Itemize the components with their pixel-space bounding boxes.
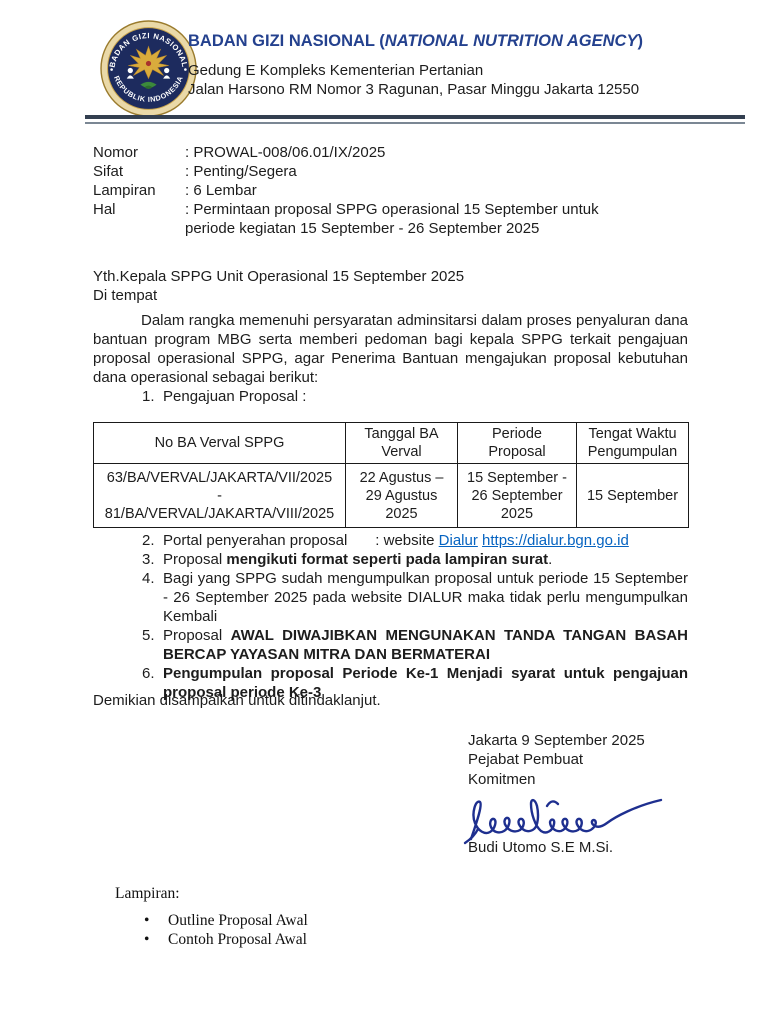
recipient-block: Yth.Kepala SPPG Unit Operasional 15 Sept… xyxy=(93,267,693,305)
opening-paragraph: Dalam rangka memenuhi persyaratan admins… xyxy=(93,311,688,387)
letter-meta-block: Nomor : PROWAL-008/06.01/IX/2025 Sifat :… xyxy=(93,143,693,238)
portal-colon-text: : website xyxy=(375,532,434,549)
table-header-no-ba: No BA Verval SPPG xyxy=(94,423,346,464)
closing-title-line2: Komitmen xyxy=(468,770,698,789)
item3-suffix: . xyxy=(548,551,552,568)
bullet-icon: • xyxy=(142,912,168,930)
list-item-3: 3. Proposal mengikuti format seperti pad… xyxy=(142,550,688,569)
recipient-line1: Yth.Kepala SPPG Unit Operasional 15 Sept… xyxy=(93,267,693,286)
list-text-3: Proposal mengikuti format seperti pada l… xyxy=(163,550,688,569)
closing-title-line1: Pejabat Pembuat xyxy=(468,750,698,769)
table-header-periode: Periode Proposal xyxy=(458,423,577,464)
dialur-url-link[interactable]: https://dialur.bgn.go.id xyxy=(482,532,629,549)
item3-bold: mengikuti format seperti pada lampiran s… xyxy=(226,551,548,568)
table-row: 63/BA/VERVAL/JAKARTA/VII/2025 - 81/BA/VE… xyxy=(94,464,689,528)
meta-row-lampiran: Lampiran : 6 Lembar xyxy=(93,181,693,200)
numbered-list: 2. Portal penyerahan proposal: website D… xyxy=(142,531,688,702)
meta-row-hal: Hal : Permintaan proposal SPPG operasion… xyxy=(93,200,693,238)
meta-value-lampiran: : 6 Lembar xyxy=(185,181,693,200)
list-number-5: 5. xyxy=(142,626,163,664)
list-item-4: 4. Bagi yang SPPG sudah mengumpulkan pro… xyxy=(142,569,688,626)
attachment-label-2: Contoh Proposal Awal xyxy=(168,931,307,949)
table-header-tanggal: Tanggal BA Verval xyxy=(346,423,458,464)
cell-periode: 15 September - 26 September 2025 xyxy=(458,464,577,528)
meta-value-nomor: : PROWAL-008/06.01/IX/2025 xyxy=(185,143,693,162)
attachment-item-1: • Outline Proposal Awal xyxy=(142,912,462,930)
document-page: BADAN GIZI NASIONAL REPUBLIK INDONESIA B… xyxy=(0,0,768,1024)
recipient-line2: Di tempat xyxy=(93,286,693,305)
list-number-3: 3. xyxy=(142,550,163,569)
agency-name-close: ) xyxy=(637,32,643,50)
attachment-item-2: • Contoh Proposal Awal xyxy=(142,931,462,949)
meta-row-nomor: Nomor : PROWAL-008/06.01/IX/2025 xyxy=(93,143,693,162)
cell-no-ba-line3: 81/BA/VERVAL/JAKARTA/VIII/2025 xyxy=(98,505,341,523)
cell-no-ba-line1: 63/BA/VERVAL/JAKARTA/VII/2025 xyxy=(98,469,341,487)
list-item-2: 2. Portal penyerahan proposal: website D… xyxy=(142,531,688,550)
agency-logo: BADAN GIZI NASIONAL REPUBLIK INDONESIA xyxy=(100,20,197,117)
closing-city-date: Jakarta 9 September 2025 xyxy=(468,731,698,750)
meta-label-nomor: Nomor xyxy=(93,143,185,162)
closing-statement: Demikian disampaikan untuk ditindaklanju… xyxy=(93,691,381,710)
agency-address-line1: Gedung E Kompleks Kementerian Pertanian xyxy=(188,61,483,80)
list-item-5: 5. Proposal AWAL DIWAJIBKAN MENGUNAKAN T… xyxy=(142,626,688,664)
cell-tengat: 15 September xyxy=(577,464,689,528)
agency-name-english: NATIONAL NUTRITION AGENCY xyxy=(385,32,638,50)
list-number-1: 1. xyxy=(142,387,163,406)
item5-normal: Proposal xyxy=(163,627,231,644)
signer-name: Budi Utomo S.E M.Si. xyxy=(468,838,613,857)
item3-normal: Proposal xyxy=(163,551,226,568)
meta-hal-line1: : Permintaan proposal SPPG operasional 1… xyxy=(185,200,693,219)
agency-name: BADAN GIZI NASIONAL (NATIONAL NUTRITION … xyxy=(188,32,643,51)
meta-value-sifat: : Penting/Segera xyxy=(185,162,693,181)
meta-label-sifat: Sifat xyxy=(93,162,185,181)
cell-no-ba-line2: - xyxy=(98,487,341,505)
table-header-row: No BA Verval SPPG Tanggal BA Verval Peri… xyxy=(94,423,689,464)
list-text-2: Portal penyerahan proposal: website Dial… xyxy=(163,531,688,550)
list-text-4: Bagi yang SPPG sudah mengumpulkan propos… xyxy=(163,569,688,626)
list-text-5: Proposal AWAL DIWAJIBKAN MENGUNAKAN TAND… xyxy=(163,626,688,664)
bullet-icon: • xyxy=(142,931,168,949)
table-header-tengat: Tengat Waktu Pengumpulan xyxy=(577,423,689,464)
list-text-1: Pengajuan Proposal : xyxy=(163,387,688,406)
proposal-table-wrap: No BA Verval SPPG Tanggal BA Verval Peri… xyxy=(93,422,689,528)
dialur-link[interactable]: Dialur xyxy=(439,532,478,549)
agency-address-line2: Jalan Harsono RM Nomor 3 Ragunan, Pasar … xyxy=(188,80,639,99)
letterhead-divider-thick xyxy=(85,115,745,119)
portal-label: Portal penyerahan proposal xyxy=(163,532,347,549)
meta-label-lampiran: Lampiran xyxy=(93,181,185,200)
item5-bold: AWAL DIWAJIBKAN MENGUNAKAN TANDA TANGAN … xyxy=(163,627,688,663)
list-number-4: 4. xyxy=(142,569,163,626)
cell-no-ba: 63/BA/VERVAL/JAKARTA/VII/2025 - 81/BA/VE… xyxy=(94,464,346,528)
meta-value-hal: : Permintaan proposal SPPG operasional 1… xyxy=(185,200,693,238)
attachments-list: • Outline Proposal Awal • Contoh Proposa… xyxy=(142,912,462,950)
attachment-label-1: Outline Proposal Awal xyxy=(168,912,308,930)
proposal-table: No BA Verval SPPG Tanggal BA Verval Peri… xyxy=(93,422,689,528)
letterhead-divider-thin xyxy=(85,122,745,124)
signature-block: Jakarta 9 September 2025 Pejabat Pembuat… xyxy=(468,731,698,789)
list-item-1: 1. Pengajuan Proposal : xyxy=(142,387,688,406)
agency-seal-icon: BADAN GIZI NASIONAL REPUBLIK INDONESIA xyxy=(100,20,197,117)
agency-name-bold: BADAN GIZI NASIONAL ( xyxy=(188,32,385,50)
meta-row-sifat: Sifat : Penting/Segera xyxy=(93,162,693,181)
meta-hal-line2: periode kegiatan 15 September - 26 Septe… xyxy=(185,219,693,238)
list-number-2: 2. xyxy=(142,531,163,550)
cell-tanggal: 22 Agustus – 29 Agustus 2025 xyxy=(346,464,458,528)
attachments-heading: Lampiran: xyxy=(115,884,180,903)
meta-label-hal: Hal xyxy=(93,200,185,238)
